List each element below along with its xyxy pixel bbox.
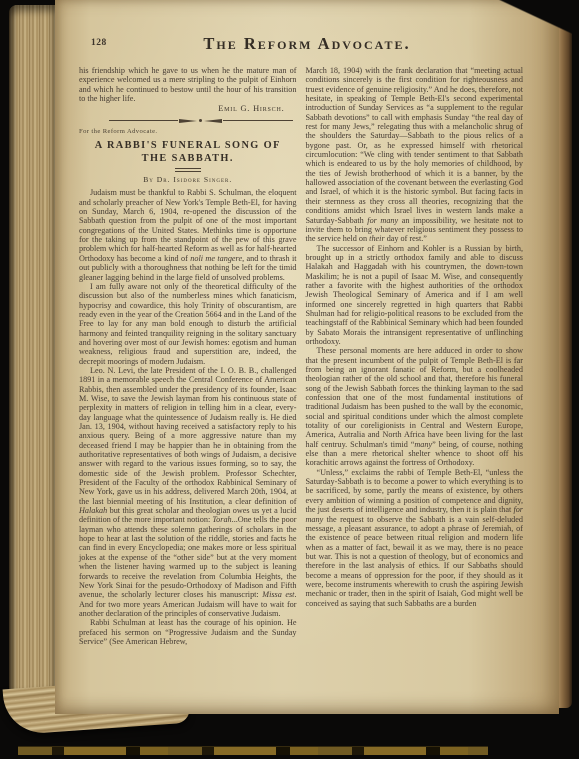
title-rule	[175, 168, 201, 172]
text-run: day of rest.”	[385, 234, 427, 243]
text-run: I am fully aware not only of the theoret…	[79, 282, 297, 366]
corner-shadow	[493, 0, 579, 42]
right-column-body: March 18, 1904) with the frank declarati…	[306, 66, 524, 608]
article-continuation: his friendship which he gave to us when …	[79, 66, 297, 103]
text-run: March 18, 1904) with the frank declarati…	[306, 66, 524, 225]
divider-line	[109, 120, 178, 121]
text-run: Rabbi Schulman at least has the courage …	[79, 618, 297, 646]
italic-text-run: many	[414, 440, 432, 449]
scan-background: { "page_number": "128", "masthead": "The…	[0, 0, 579, 759]
masthead-title: The Reform Advocate.	[55, 34, 559, 54]
article-dateline: For the Reform Advocate.	[79, 127, 297, 136]
article-title: A RABBI'S FUNERAL SONG OF THE SABBATH.	[81, 140, 295, 165]
italic-text-run: Torah	[212, 515, 231, 524]
text-run: “Unless,” exclaims the rabbi of Temple B…	[306, 468, 524, 514]
text-run: ...One tells the poor layman who attends…	[79, 515, 297, 599]
text-run: his friendship which he gave to us when …	[79, 66, 297, 103]
article-byline: By Dr. Isidore Singer.	[79, 175, 297, 184]
page-number: 128	[91, 38, 107, 48]
text-run: Leo. N. Levi, the late President of the …	[79, 366, 297, 506]
paragraph: Rabbi Schulman at least has the courage …	[79, 618, 297, 646]
page-header: 128 The Reform Advocate.	[55, 0, 559, 58]
italic-text-run: Missa est	[262, 590, 294, 599]
text-run: Judaism must be thankful to Rabbi S. Sch…	[79, 188, 297, 262]
italic-text-run: their	[369, 234, 384, 243]
paragraph: Leo. N. Levi, the late President of the …	[79, 366, 297, 618]
text-run: The successor of Einhorn and Kohler is a…	[306, 244, 524, 346]
page-edge-stack-left	[9, 5, 56, 711]
paragraph: These personal moments are here adduced …	[306, 346, 524, 467]
divider-dot-icon	[199, 119, 202, 122]
section-divider-ornament	[109, 119, 293, 123]
paragraph: March 18, 1904) with the frank declarati…	[306, 66, 524, 244]
divider-line	[223, 120, 292, 121]
divider-arrow-left-icon	[204, 119, 222, 123]
italic-text-run: Halakah	[79, 506, 107, 515]
italic-text-run: for many	[367, 216, 398, 225]
italic-text-run: noli me tangere	[190, 254, 242, 263]
right-column: March 18, 1904) with the frank declarati…	[306, 66, 524, 646]
left-column: his friendship which he gave to us when …	[79, 66, 297, 646]
text-columns: his friendship which he gave to us when …	[55, 58, 559, 646]
paragraph: Judaism must be thankful to Rabbi S. Sch…	[79, 188, 297, 281]
text-run: These personal moments are here adduced …	[306, 346, 524, 448]
paragraph: The successor of Einhorn and Kohler is a…	[306, 244, 524, 347]
left-column-body: Judaism must be thankful to Rabbi S. Sch…	[79, 188, 297, 646]
text-run: the request to observe the Sabbath is a …	[306, 515, 524, 608]
signature: Emil G. Hirsch.	[79, 104, 297, 113]
paragraph: I am fully aware not only of the theoret…	[79, 282, 297, 366]
table-edge-strip	[18, 746, 488, 755]
book-page: 128 The Reform Advocate. his friendship …	[55, 0, 559, 714]
paragraph: “Unless,” exclaims the rabbi of Temple B…	[306, 468, 524, 608]
divider-arrow-right-icon	[179, 119, 197, 123]
